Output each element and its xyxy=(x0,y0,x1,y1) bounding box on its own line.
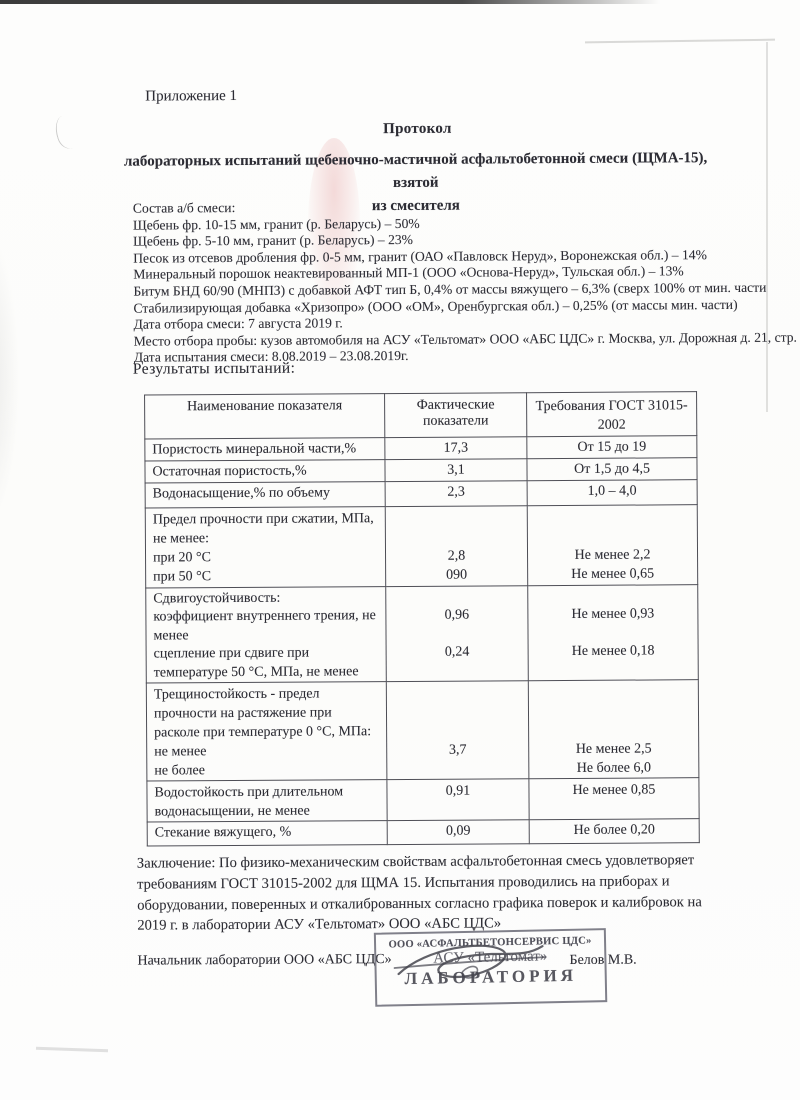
row-indicator: Остаточная пористость,% xyxy=(145,460,385,483)
row-actual: 17,3 xyxy=(385,437,527,460)
row-requirement: Не менее 2,2 Не менее 0,65 xyxy=(527,505,697,586)
table-row: Сдвигоустойчивость: коэффициент внутренн… xyxy=(146,585,699,683)
results-table: Наименование показателя Фактические пока… xyxy=(144,391,700,846)
row-requirement: Не более 0,20 xyxy=(529,819,699,844)
signatory-position: Начальник лаборатории ООО «АБС ЦДС» xyxy=(137,952,391,970)
row-requirement: Не менее 0,85 xyxy=(529,778,699,820)
table-header-row: Наименование показателя Фактические пока… xyxy=(145,392,697,439)
row-actual: 0,96 0,24 xyxy=(386,586,529,682)
header-actual-values: Фактические показатели xyxy=(385,393,527,438)
row-requirement: От 15 до 19 xyxy=(527,436,697,459)
table-row: Предел прочности при сжатии, МПа, не мен… xyxy=(145,505,697,588)
table-row: Стекание вяжущего, % 0,09 Не более 0,20 xyxy=(147,819,699,846)
mix-composition-block: Состав а/б смеси: Щебень фр. 10-15 мм, г… xyxy=(133,197,714,366)
row-actual: 2,3 xyxy=(385,481,527,507)
row-actual: 0,91 xyxy=(387,779,529,821)
row-actual: 3,7 xyxy=(386,681,529,780)
row-actual: 2,8 090 xyxy=(385,506,527,587)
row-indicator: Сдвигоустойчивость: коэффициент внутренн… xyxy=(146,587,387,683)
table-row: Водостойкость при длительном водонасыщен… xyxy=(147,778,699,822)
document-body: Приложение 1 Протокол лабораторных испыт… xyxy=(0,0,800,1100)
handwritten-signature xyxy=(392,937,552,990)
table-row: Трещиностойкость - предел прочности на р… xyxy=(146,680,699,781)
document-title: Протокол xyxy=(127,119,707,140)
conclusion-paragraph: Заключение: По физико-механическим свойс… xyxy=(137,850,703,937)
row-requirement: Не менее 0,93 Не менее 0,18 xyxy=(528,585,699,681)
row-indicator: Предел прочности при сжатии, МПа, не мен… xyxy=(145,507,385,588)
row-indicator: Трещиностойкость - предел прочности на р… xyxy=(146,682,387,781)
row-indicator: Водонасыщение,% по объему xyxy=(145,482,385,508)
row-indicator: Пористость минеральной части,% xyxy=(145,438,385,461)
scanned-protocol-page: Приложение 1 Протокол лабораторных испыт… xyxy=(0,0,800,1100)
row-requirement: 1,0 – 4,0 xyxy=(527,480,697,506)
row-indicator: Водостойкость при длительном водонасыщен… xyxy=(147,780,387,822)
row-indicator: Стекание вяжущего, % xyxy=(147,821,387,846)
row-actual: 3,1 xyxy=(385,459,527,482)
results-section-label: Результаты испытаний: xyxy=(133,360,295,379)
table-row: Водонасыщение,% по объему 2,3 1,0 – 4,0 xyxy=(145,480,697,508)
row-actual: 0,09 xyxy=(387,820,529,845)
header-gost-requirements: Требования ГОСТ 31015- 2002 xyxy=(527,392,697,437)
appendix-label: Приложение 1 xyxy=(145,88,237,106)
row-requirement: От 1,5 до 4,5 xyxy=(527,458,697,481)
row-requirement: Не менее 2,5 Не более 6,0 xyxy=(528,680,699,779)
header-indicator-name: Наименование показателя xyxy=(145,394,385,439)
